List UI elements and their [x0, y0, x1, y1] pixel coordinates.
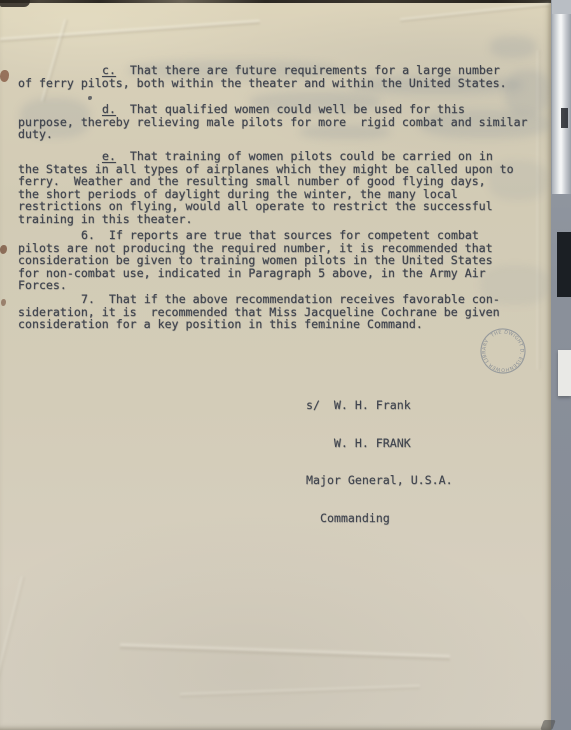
stain-speck	[0, 70, 9, 82]
crease-line	[400, 2, 550, 23]
svg-text:THE DWIGHT D. EISENHOWER LIBRA: THE DWIGHT D. EISENHOWER LIBRARY	[473, 321, 534, 382]
text-line: consideration be given to training women…	[18, 254, 551, 267]
text-line-content: That training of women pilots could be c…	[116, 149, 493, 163]
text-line: duty.	[18, 128, 551, 141]
paragraph-6: 6. If reports are true that sources for …	[18, 229, 551, 292]
paragraph-e: e. That training of women pilots could b…	[18, 150, 551, 225]
paragraph-7: 7. That if the above recommendation rece…	[18, 293, 551, 331]
text-line-content: That there are future requirements for a…	[116, 63, 500, 77]
text-line: c. That there are future requirements fo…	[18, 64, 551, 77]
scanner-metal-rail	[552, 14, 571, 194]
crease-line	[180, 684, 420, 698]
paragraph-c: c. That there are future requirements fo…	[18, 64, 551, 89]
scanner-strip-cap	[552, 0, 571, 14]
text-line: Forces.	[18, 279, 551, 292]
signature-line: Commanding	[306, 512, 453, 525]
signature-line: s/ W. H. Frank	[306, 399, 453, 412]
top-edge-shadow	[0, 0, 551, 3]
text-line-content: That qualified women could well be used …	[116, 102, 465, 116]
bleedthrough-blot	[490, 36, 536, 58]
paper-sheet: c. That there are future requirements fo…	[0, 0, 551, 730]
crease-line	[0, 19, 260, 43]
text-line: training in this theater.	[18, 213, 551, 226]
scanned-document-page: { "doc": { "para_c": { "letter": "c.", "…	[0, 0, 571, 730]
signature-block: s/ W. H. Frank W. H. FRANK Major General…	[306, 374, 453, 549]
text-line: 6. If reports are true that sources for …	[18, 229, 551, 242]
text-line: ferry. Weather and the resulting small n…	[18, 175, 551, 188]
subparagraph-letter: e.	[102, 149, 116, 163]
text-line: for non-combat use, indicated in Paragra…	[18, 267, 551, 280]
scanner-white-tab	[558, 350, 571, 396]
text-line: restrictions on flying, would all operat…	[18, 200, 551, 213]
crease-line	[0, 576, 25, 694]
text-line: d. That qualified women could well be us…	[18, 103, 551, 116]
signature-line: W. H. FRANK	[306, 437, 453, 450]
scanner-dark-mark	[561, 108, 568, 128]
text-line: e. That training of women pilots could b…	[18, 150, 551, 163]
subparagraph-letter: d.	[102, 102, 116, 116]
text-line: consideration for a key position in this…	[18, 318, 551, 331]
stain-speck	[0, 245, 7, 254]
scanner-black-block	[557, 232, 571, 297]
stain-speck	[1, 299, 6, 306]
text-line: of ferry pilots, both within the theater…	[18, 77, 551, 90]
crease-line	[120, 642, 450, 662]
text-line: purpose, thereby relieving male pilots f…	[18, 116, 551, 129]
subparagraph-letter: c.	[102, 63, 116, 77]
stamp-text: THE DWIGHT D. EISENHOWER LIBRARY	[473, 321, 534, 382]
signature-line: Major General, U.S.A.	[306, 474, 453, 487]
ink-speck	[88, 96, 92, 100]
text-line: 7. That if the above recommendation rece…	[18, 293, 551, 306]
paragraph-d: d. That qualified women could well be us…	[18, 103, 551, 141]
paper-corner-notch	[540, 720, 556, 730]
top-edge-blotch	[0, 0, 30, 7]
